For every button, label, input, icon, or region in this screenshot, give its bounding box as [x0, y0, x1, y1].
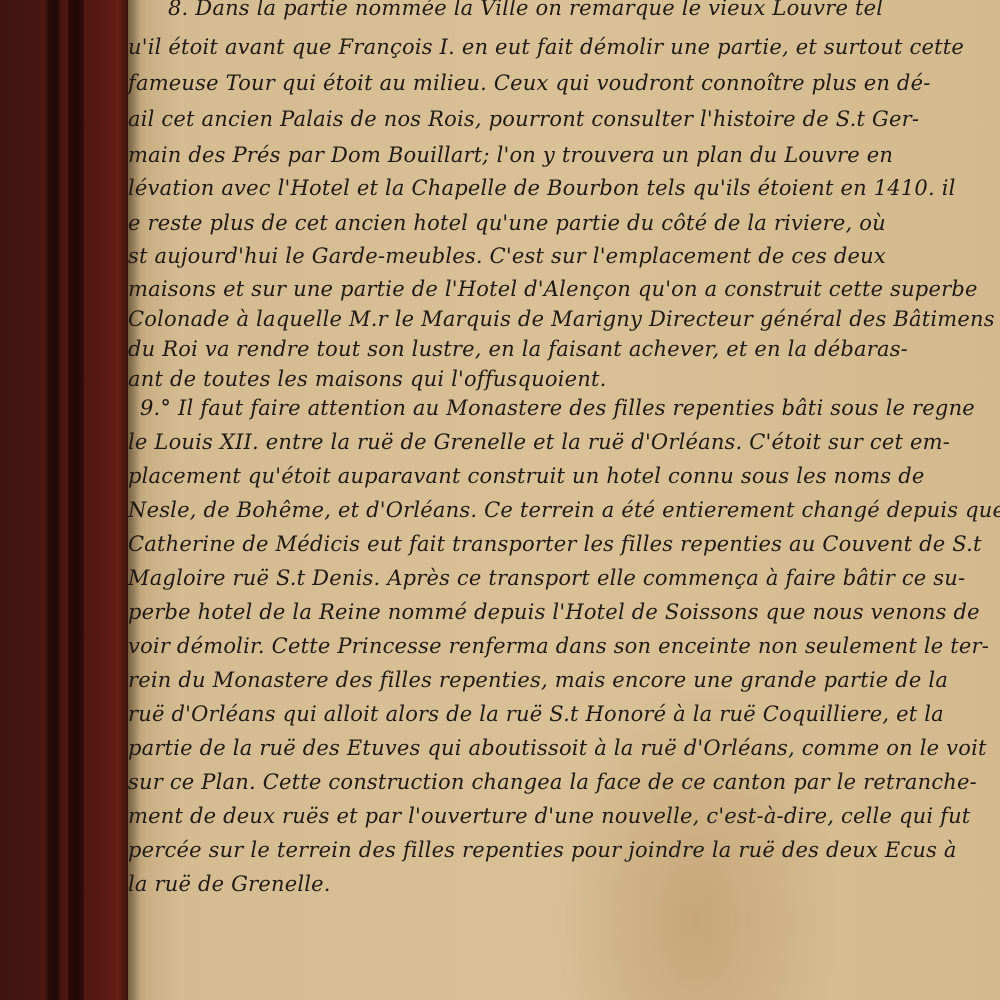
text-line: la ruë de Grenelle. — [128, 872, 331, 896]
text-line: 9.° Il faut faire attention au Monastere… — [140, 396, 975, 420]
text-line: Colonade à laquelle M.r le Marquis de Ma… — [128, 307, 995, 331]
text-line: sur ce Plan. Cette construction changea … — [128, 770, 977, 794]
text-line: du Roi va rendre tout son lustre, en la … — [128, 337, 908, 361]
text-line: rein du Monastere des filles repenties, … — [128, 668, 948, 692]
text-line: le Louis XII. entre la ruë de Grenelle e… — [128, 430, 950, 454]
text-line: perbe hotel de la Reine nommé depuis l'H… — [128, 600, 980, 624]
text-line: percée sur le terrein des filles repenti… — [128, 838, 957, 862]
text-line: Magloire ruë S.t Denis. Après ce transpo… — [128, 566, 965, 590]
binding-groove — [68, 0, 84, 1000]
text-line: ment de deux ruës et par l'ouverture d'u… — [128, 804, 970, 828]
text-line: Nesle, de Bohême, et d'Orléans. Ce terre… — [128, 498, 1000, 522]
text-line: ant de toutes les maisons qui l'offusquo… — [128, 367, 607, 391]
text-line: Catherine de Médicis eut fait transporte… — [128, 532, 982, 556]
text-line: placement qu'étoit auparavant construit … — [128, 464, 924, 488]
text-line: ail cet ancien Palais de nos Rois, pourr… — [128, 107, 919, 131]
text-line: voir démolir. Cette Princesse renferma d… — [128, 634, 989, 658]
text-line: 8. Dans la partie nommée la Ville on rem… — [168, 0, 883, 20]
text-line: e reste plus de cet ancien hotel qu'une … — [128, 211, 886, 235]
text-line: u'il étoit avant que François I. en eut … — [128, 35, 964, 59]
text-line: fameuse Tour qui étoit au milieu. Ceux q… — [128, 71, 931, 95]
document-page: 8. Dans la partie nommée la Ville on rem… — [128, 0, 1000, 1000]
text-line: lévation avec l'Hotel et la Chapelle de … — [128, 176, 956, 200]
text-line: partie de la ruë des Etuves qui aboutiss… — [128, 736, 987, 760]
text-line: ruë d'Orléans qui alloit alors de la ruë… — [128, 702, 944, 726]
text-line: main des Prés par Dom Bouillart; l'on y … — [128, 143, 893, 167]
text-line: st aujourd'hui le Garde-meubles. C'est s… — [128, 244, 886, 268]
book-binding-edge — [0, 0, 128, 1000]
text-line: maisons et sur une partie de l'Hotel d'A… — [128, 277, 978, 301]
